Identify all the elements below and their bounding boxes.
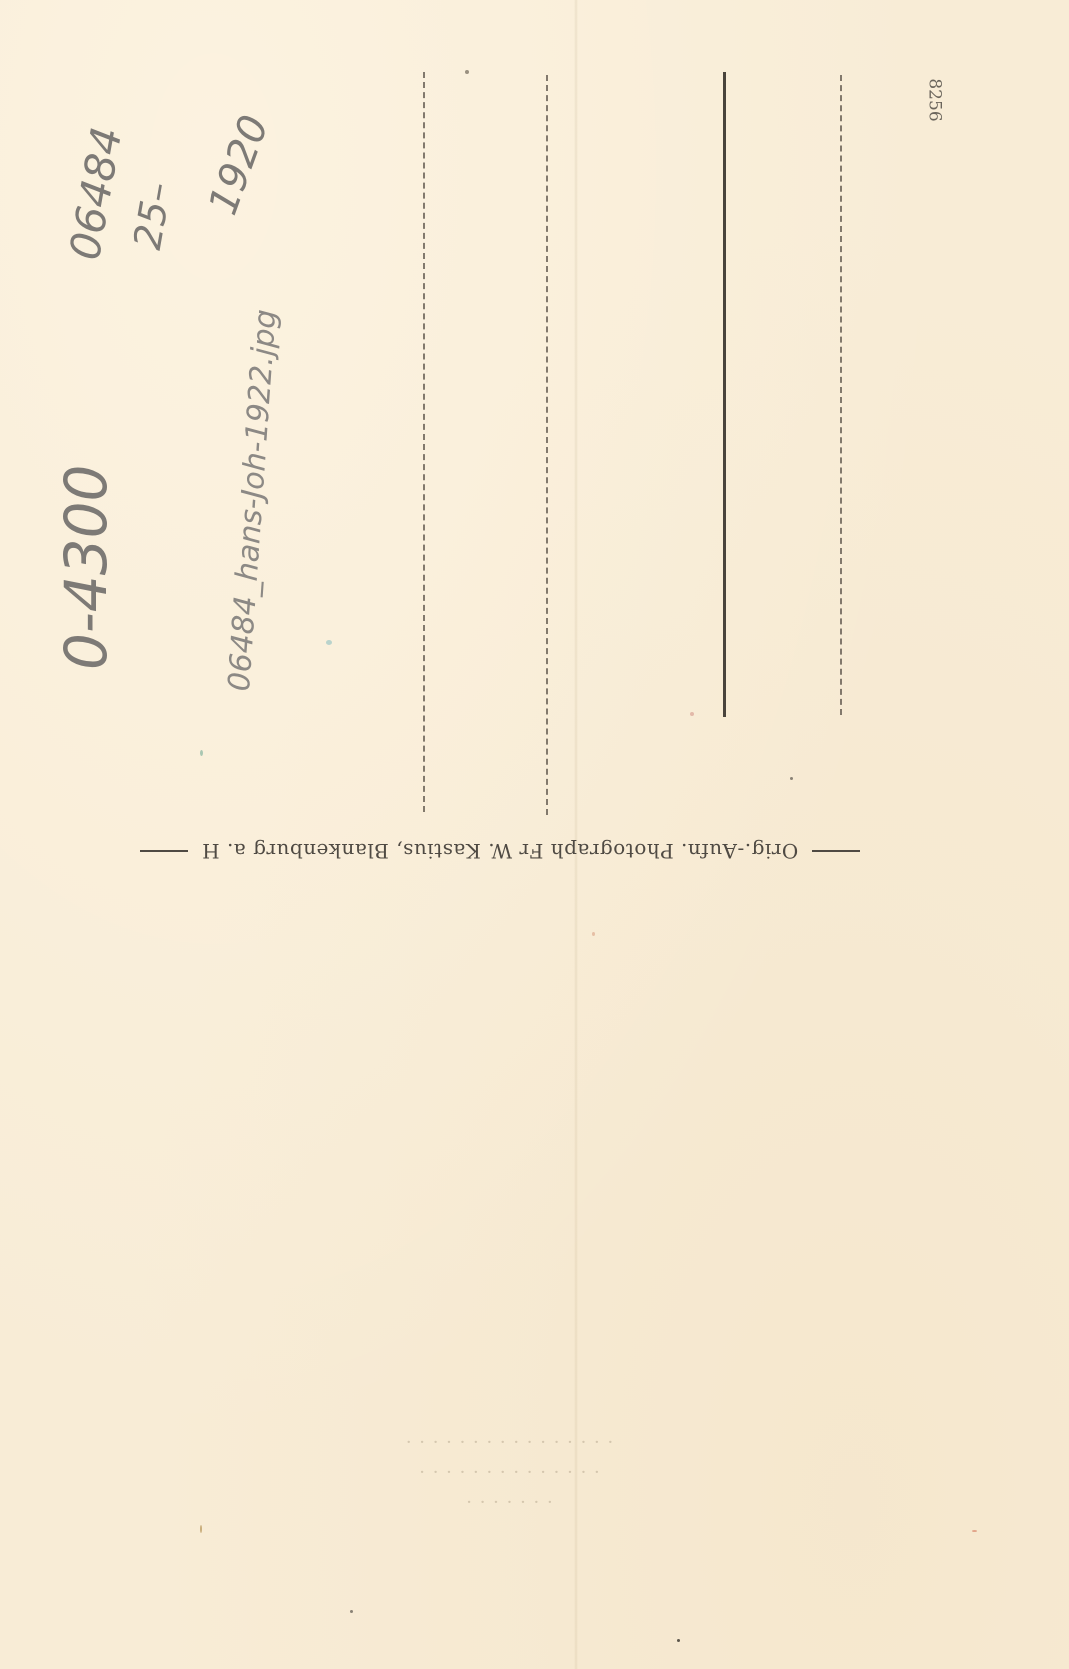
handwritten-filename: 06484_hans-Joh-1922.jpg — [222, 308, 284, 692]
imprint-text: Orig.-Aufn. Photograph Fr W. Kastius, Bl… — [202, 839, 799, 863]
paper-speck — [790, 777, 793, 780]
paper-speck — [200, 750, 203, 756]
paper-speck — [350, 1610, 353, 1613]
paper-speck — [677, 1639, 680, 1642]
handwritten-postal-code: 0-4300 — [52, 465, 120, 670]
center-fold — [574, 0, 578, 1669]
faded-text-line-2: · · · · · · · · · · · · · · — [60, 1462, 960, 1483]
card-number-text: 8256 — [925, 78, 945, 121]
faded-text-line-1: · · · · · · · · · · · · · · · · — [60, 1432, 960, 1453]
handwritten-item-number: 06484 — [60, 123, 131, 263]
paper-speck — [200, 1525, 202, 1533]
faded-text-line-3: · · · · · · · — [60, 1492, 960, 1513]
imprint-rule-right — [140, 850, 188, 852]
handwritten-price: 25– — [125, 179, 180, 253]
paper-speck — [592, 932, 595, 936]
card-number: 8256 — [925, 70, 945, 130]
imprint-rule-left — [812, 850, 860, 852]
dotted-line-right — [840, 75, 842, 715]
paper-speck — [690, 712, 694, 716]
dotted-line-middle — [546, 75, 548, 815]
paper-speck — [326, 640, 332, 645]
photographer-imprint: Orig.-Aufn. Photograph Fr W. Kastius, Bl… — [45, 836, 955, 866]
handwritten-year: 1920 — [200, 109, 278, 220]
divider-line — [723, 72, 726, 717]
paper-speck — [465, 70, 469, 74]
postcard-back: 0-4300 06484 25– 1920 06484_hans-Joh-192… — [0, 0, 1069, 1669]
paper-speck — [972, 1530, 977, 1532]
dotted-line-left — [423, 72, 425, 812]
